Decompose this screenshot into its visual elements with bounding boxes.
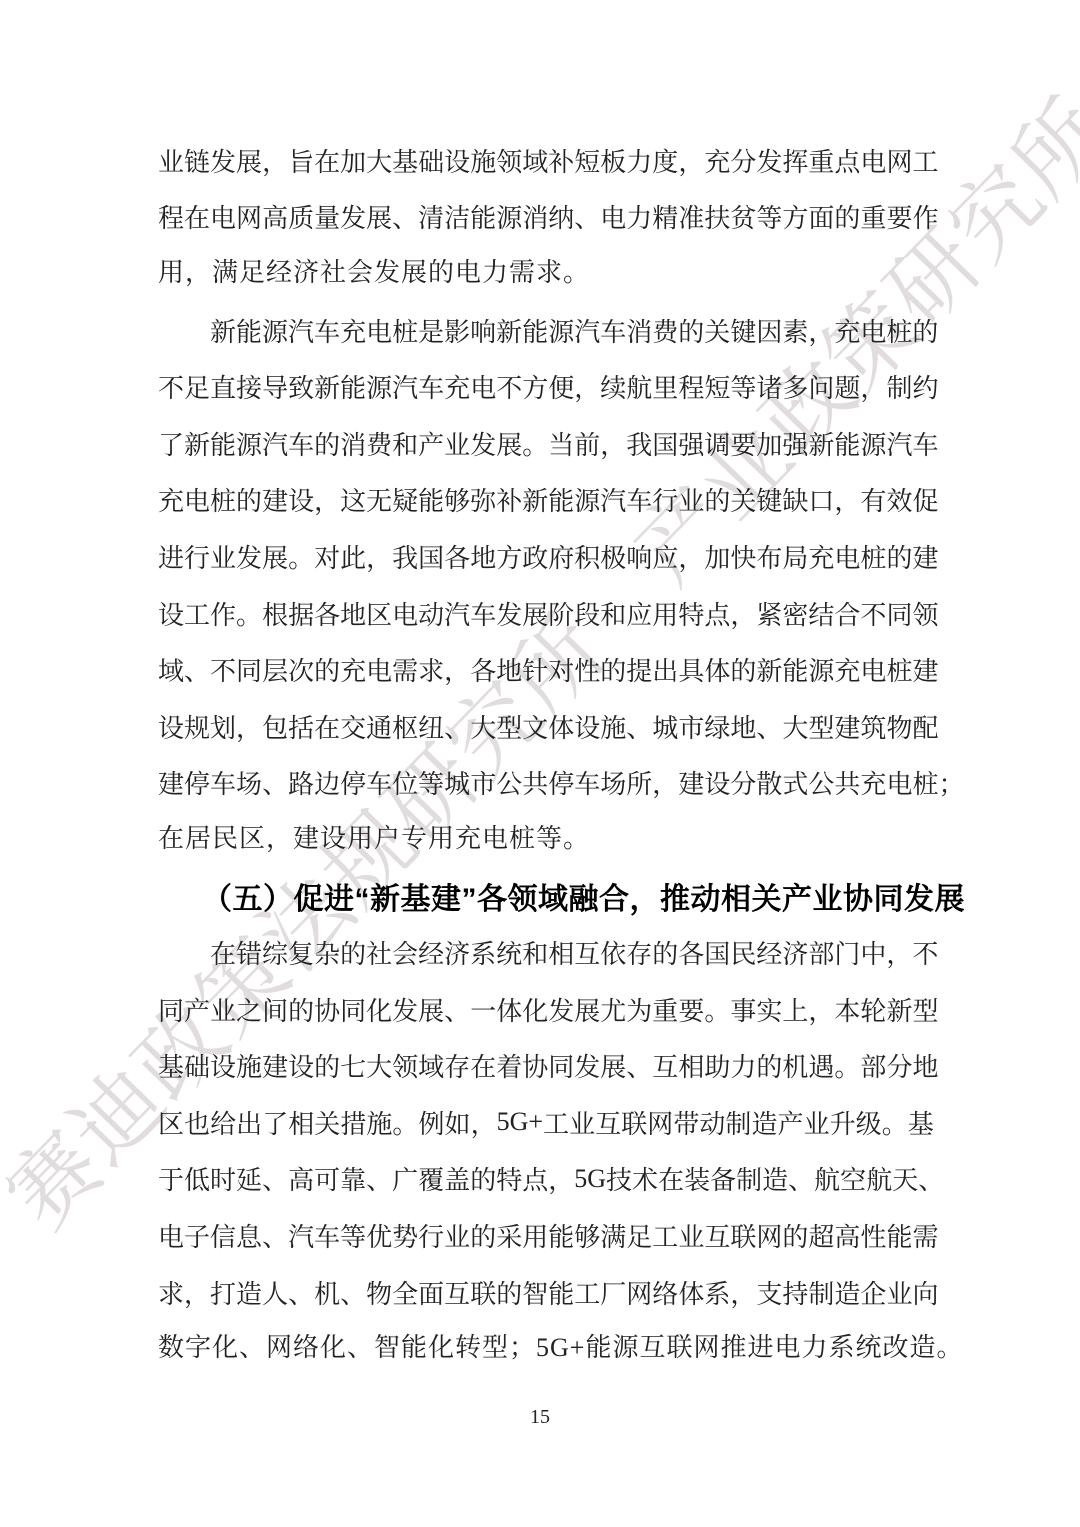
- page-number: 15: [0, 1406, 1080, 1429]
- glyph-token: 本: [834, 991, 860, 1028]
- glyph-token: 相: [548, 934, 574, 971]
- glyph-token: 车: [626, 481, 652, 518]
- text-line: 求，打造人、机、物全面互联的智能工厂网络体系，支持制造企业向: [158, 1264, 934, 1321]
- glyph-token: 同: [158, 991, 184, 1028]
- glyph-token: 次: [288, 651, 314, 688]
- glyph-token: 建: [262, 1047, 288, 1084]
- glyph-token: 效: [886, 481, 912, 518]
- glyph-token: 的: [470, 1160, 496, 1197]
- glyph-token: 层: [262, 651, 288, 688]
- glyph-token: 业: [678, 481, 704, 518]
- glyph-token: 联: [621, 1104, 647, 1141]
- glyph-token: 充: [158, 481, 184, 518]
- glyph-token: 业: [804, 1104, 830, 1141]
- glyph-token: 大: [782, 708, 808, 745]
- glyph-token: 能: [340, 368, 366, 405]
- text-line: 用，满足经济社会发展的电力需求。: [158, 245, 934, 302]
- glyph-token: 要: [730, 425, 756, 462]
- glyph-token: 能: [210, 425, 236, 462]
- glyph-token: 程: [158, 198, 184, 235]
- glyph-token: 低: [184, 1160, 210, 1197]
- glyph-token: 基: [158, 1047, 184, 1084]
- glyph-token: 补: [548, 142, 574, 179]
- text-line: 进行业发展。对此，我国各地方政府积极响应，加快布局充电桩的建: [158, 528, 934, 585]
- text-line: 电子信息、汽车等优势行业的采用能够满足工业互联网的超高性能需: [158, 1207, 934, 1264]
- glyph-token: 费: [652, 312, 678, 349]
- text-line: 在错综复杂的社会经济系统和相互依存的各国民经济部门中，不: [158, 924, 934, 981]
- glyph-token: ，: [314, 481, 340, 518]
- glyph-token: 调: [704, 425, 730, 462]
- glyph-token: ，: [886, 934, 912, 971]
- glyph-token: ，: [184, 1274, 210, 1311]
- glyph-token: 施: [236, 1047, 262, 1084]
- glyph-token: 电: [158, 1217, 184, 1254]
- glyph-token: 设: [444, 142, 470, 179]
- glyph-token: 进: [158, 538, 184, 575]
- glyph-token: 。: [392, 1104, 418, 1141]
- glyph-token: 济: [444, 934, 470, 971]
- glyph-token: 键: [730, 312, 756, 349]
- glyph-token: ，: [730, 1274, 756, 1311]
- glyph-token: ，: [678, 538, 704, 575]
- glyph-token: 我: [626, 425, 652, 462]
- glyph-token: 纽: [418, 708, 444, 745]
- glyph-token: 求: [158, 1274, 184, 1311]
- glyph-token: 展: [262, 538, 288, 575]
- glyph-token: 桩: [886, 312, 912, 349]
- glyph-token: 结: [808, 595, 834, 632]
- glyph-token: 题: [834, 368, 860, 405]
- glyph-token: 造: [751, 1104, 777, 1141]
- glyph-token: 挥: [782, 142, 808, 179]
- glyph-token: 、: [392, 198, 418, 235]
- glyph-token: 施: [470, 142, 496, 179]
- glyph-token: 带: [673, 1104, 699, 1141]
- glyph-token: ，: [652, 764, 678, 801]
- glyph-token: 。: [522, 425, 548, 462]
- glyph-token: 政: [522, 538, 548, 575]
- glyph-token: 汽: [288, 1217, 314, 1254]
- glyph-token: 响: [470, 312, 496, 349]
- glyph-token: 给: [210, 1104, 236, 1141]
- glyph-token: 在: [314, 142, 340, 179]
- glyph-token: 加: [704, 538, 730, 575]
- text-line: 基础设施建设的七大领域存在着协同发展、互相助力的机遇。部分地: [158, 1038, 934, 1095]
- glyph-token: 问: [808, 368, 834, 405]
- glyph-token: 消: [626, 312, 652, 349]
- glyph-token: 经: [756, 934, 782, 971]
- glyph-token: 存: [626, 934, 652, 971]
- glyph-token: 源: [808, 651, 834, 688]
- glyph-token: 新: [756, 651, 782, 688]
- glyph-token: 为: [626, 991, 652, 1028]
- glyph-token: 用: [652, 595, 678, 632]
- glyph-token: 性: [574, 651, 600, 688]
- glyph-token: 需: [912, 1217, 938, 1254]
- glyph-token: 上: [782, 991, 808, 1028]
- glyph-token: 的: [756, 1047, 782, 1084]
- glyph-token: 型: [496, 708, 522, 745]
- glyph-token: 施: [600, 708, 626, 745]
- text-line: 业链发展，旨在加大基础设施领域补短板力度，充分发挥重点电网工: [158, 132, 934, 189]
- glyph-token: 息: [236, 1217, 262, 1254]
- glyph-token: 方: [496, 538, 522, 575]
- glyph-token: 领: [912, 595, 938, 632]
- glyph-token: 同: [340, 991, 366, 1028]
- glyph-token: 源: [860, 425, 886, 462]
- glyph-token: 业: [210, 538, 236, 575]
- glyph-token: 、: [756, 708, 782, 745]
- glyph-token: 靠: [340, 1160, 366, 1197]
- glyph-token: 门: [834, 934, 860, 971]
- glyph-token: 交: [340, 708, 366, 745]
- glyph-token: 通: [366, 708, 392, 745]
- glyph-token: 量: [314, 198, 340, 235]
- glyph-token: 5G+: [497, 1107, 543, 1137]
- glyph-token: 广: [392, 1160, 418, 1197]
- glyph-token: 动: [699, 1104, 725, 1141]
- glyph-token: 建: [678, 764, 704, 801]
- glyph-token: 等: [730, 368, 756, 405]
- glyph-token: 车: [314, 1217, 340, 1254]
- glyph-token: 如: [445, 1104, 471, 1141]
- glyph-token: 布: [756, 538, 782, 575]
- glyph-token: 汽: [600, 481, 626, 518]
- glyph-token: 大: [366, 1047, 392, 1084]
- glyph-token: 机: [782, 1047, 808, 1084]
- glyph-token: 能: [782, 651, 808, 688]
- glyph-token: 在: [658, 1160, 684, 1197]
- glyph-token: 消: [522, 198, 548, 235]
- glyph-token: 作: [912, 198, 938, 235]
- glyph-token: ，: [808, 312, 834, 349]
- glyph-token: 精: [652, 198, 678, 235]
- glyph-token: 电: [834, 538, 860, 575]
- glyph-token: 打: [210, 1274, 236, 1311]
- glyph-token: 级: [856, 1104, 882, 1141]
- glyph-token: 济: [782, 934, 808, 971]
- glyph-token: 、: [626, 1047, 652, 1084]
- glyph-token: 互: [574, 934, 600, 971]
- glyph-token: 、: [288, 1274, 314, 1311]
- glyph-token: 充: [340, 312, 366, 349]
- glyph-token: 大: [366, 142, 392, 179]
- glyph-token: 分: [730, 764, 756, 801]
- glyph-token: 关: [314, 1104, 340, 1141]
- glyph-token: 响: [626, 538, 652, 575]
- glyph-token: 点: [834, 142, 860, 179]
- glyph-token: ，: [834, 481, 860, 518]
- text-line: 同产业之间的协同化发展、一体化发展尤为重要。事实上，本轮新型: [158, 981, 934, 1038]
- glyph-token: 的: [652, 934, 678, 971]
- glyph-token: 加: [756, 425, 782, 462]
- glyph-token: 遇: [808, 1047, 834, 1084]
- glyph-token: 这: [340, 481, 366, 518]
- glyph-token: 有: [860, 481, 886, 518]
- glyph-token: ，: [860, 368, 886, 405]
- glyph-token: 体: [548, 708, 574, 745]
- glyph-token: 车: [470, 595, 496, 632]
- glyph-token: 综: [262, 934, 288, 971]
- glyph-token: 汽: [288, 312, 314, 349]
- glyph-token: 应: [652, 538, 678, 575]
- glyph-token: 设: [158, 595, 184, 632]
- glyph-token: 子: [184, 1217, 210, 1254]
- glyph-token: 电: [600, 198, 626, 235]
- glyph-token: 特: [496, 1160, 522, 1197]
- glyph-token: 、: [184, 651, 210, 688]
- glyph-token: 各: [314, 595, 340, 632]
- glyph-token: 共: [522, 764, 548, 801]
- glyph-token: 各: [678, 934, 704, 971]
- glyph-token: 所: [626, 764, 652, 801]
- glyph-token: 和: [522, 934, 548, 971]
- glyph-token: 桩: [886, 651, 912, 688]
- glyph-token: 业: [444, 1217, 470, 1254]
- glyph-token: 强: [782, 425, 808, 462]
- glyph-token: 停: [548, 764, 574, 801]
- glyph-token: 需: [392, 651, 418, 688]
- glyph-token: 要: [678, 991, 704, 1028]
- glyph-token: 对: [548, 651, 574, 688]
- glyph-token: 区: [158, 1104, 184, 1141]
- glyph-token: 存: [444, 1047, 470, 1084]
- glyph-token: 了: [158, 425, 184, 462]
- glyph-token: 网: [756, 1217, 782, 1254]
- glyph-token: 当: [548, 425, 574, 462]
- glyph-token: 车: [210, 764, 236, 801]
- glyph-token: 重: [860, 198, 886, 235]
- glyph-token: 板: [600, 142, 626, 179]
- glyph-token: 不: [912, 934, 938, 971]
- glyph-token: 汽: [444, 595, 470, 632]
- glyph-token: 着: [496, 1047, 522, 1084]
- glyph-token: 准: [678, 198, 704, 235]
- glyph-token: 划: [210, 708, 236, 745]
- glyph-token: 的: [704, 481, 730, 518]
- glyph-token: 点: [522, 1160, 548, 1197]
- glyph-token: 扶: [704, 198, 730, 235]
- glyph-token: 、: [262, 1160, 288, 1197]
- glyph-token: 延: [236, 1160, 262, 1197]
- glyph-token: 补: [496, 481, 522, 518]
- glyph-token: 础: [418, 142, 444, 179]
- glyph-token: 不: [860, 595, 886, 632]
- glyph-token: 例: [418, 1104, 444, 1141]
- glyph-token: 相: [288, 1104, 314, 1141]
- glyph-token: 在: [210, 934, 236, 971]
- glyph-token: 能: [236, 312, 262, 349]
- glyph-token: 企: [860, 1274, 886, 1311]
- glyph-token: 设: [288, 481, 314, 518]
- glyph-token: 足: [626, 1217, 652, 1254]
- glyph-token: 统: [496, 934, 522, 971]
- glyph-token: 体: [704, 651, 730, 688]
- glyph-token: 经: [418, 934, 444, 971]
- glyph-token: ，: [444, 651, 470, 688]
- glyph-token: 发: [340, 198, 366, 235]
- glyph-token: 国: [704, 934, 730, 971]
- glyph-token: 的: [600, 651, 626, 688]
- glyph-token: 洁: [444, 198, 470, 235]
- glyph-token: 行: [652, 481, 678, 518]
- glyph-token: 散: [756, 764, 782, 801]
- glyph-token: 清: [418, 198, 444, 235]
- glyph-token: 特: [678, 595, 704, 632]
- glyph-token: 设: [704, 764, 730, 801]
- glyph-token: 文: [522, 708, 548, 745]
- glyph-token: 体: [678, 1274, 704, 1311]
- glyph-token: 高: [288, 1160, 314, 1197]
- glyph-token: 出: [236, 1104, 262, 1141]
- glyph-token: 间: [262, 991, 288, 1028]
- glyph-token: 盖: [444, 1160, 470, 1197]
- glyph-token: 复: [288, 934, 314, 971]
- glyph-token: 会: [392, 934, 418, 971]
- glyph-token: 和: [600, 595, 626, 632]
- glyph-token: 加: [340, 142, 366, 179]
- glyph-token: 约: [912, 368, 938, 405]
- glyph-token: 、: [340, 1274, 366, 1311]
- glyph-token: 网: [626, 1274, 652, 1311]
- glyph-token: 高: [262, 198, 288, 235]
- glyph-token: 足: [184, 368, 210, 405]
- glyph-token: 的: [912, 312, 938, 349]
- glyph-token: 求: [418, 651, 444, 688]
- glyph-token: 极: [600, 538, 626, 575]
- glyph-token: 口: [808, 481, 834, 518]
- glyph-token: 电: [184, 481, 210, 518]
- glyph-token: 发: [210, 142, 236, 179]
- glyph-token: 超: [808, 1217, 834, 1254]
- glyph-token: 短: [574, 142, 600, 179]
- glyph-token: 作: [210, 595, 236, 632]
- glyph-token: 车: [288, 425, 314, 462]
- glyph-token: 能: [418, 481, 444, 518]
- glyph-token: 的: [236, 481, 262, 518]
- glyph-token: 车: [314, 312, 340, 349]
- glyph-token: 里: [652, 368, 678, 405]
- text-line: 不足直接导致新能源汽车充电不方便，续航里程短等诸多问题，制约: [158, 358, 934, 415]
- glyph-token: 导: [262, 368, 288, 405]
- glyph-token: 促: [912, 481, 938, 518]
- document-body: 业链发展，旨在加大基础设施领域补短板力度，充分发挥重点电网工程在电网高质量发展、…: [158, 132, 934, 1377]
- glyph-token: 展: [574, 991, 600, 1028]
- glyph-token: 因: [756, 312, 782, 349]
- glyph-token: 造: [762, 1160, 788, 1197]
- glyph-token: 具: [678, 651, 704, 688]
- glyph-token: 的: [288, 991, 314, 1028]
- glyph-token: 互: [652, 1047, 678, 1084]
- glyph-token: 联: [730, 1217, 756, 1254]
- glyph-token: 、: [788, 1160, 814, 1197]
- glyph-token: 包: [262, 708, 288, 745]
- glyph-token: 地: [470, 538, 496, 575]
- glyph-token: 高: [834, 1217, 860, 1254]
- glyph-token: 致: [288, 368, 314, 405]
- glyph-token: 发: [236, 538, 262, 575]
- glyph-token: 化: [522, 991, 548, 1028]
- glyph-token: 积: [574, 538, 600, 575]
- glyph-token: 场: [236, 764, 262, 801]
- glyph-token: ，: [262, 142, 288, 179]
- glyph-token: 、: [444, 991, 470, 1028]
- glyph-token: 域: [158, 651, 184, 688]
- glyph-token: 源: [236, 425, 262, 462]
- glyph-token: 制: [808, 1274, 834, 1311]
- glyph-token: 够: [574, 1217, 600, 1254]
- glyph-token: 费: [366, 425, 392, 462]
- glyph-token: 等: [756, 198, 782, 235]
- glyph-token: 智: [522, 1274, 548, 1311]
- glyph-token: 在: [314, 708, 340, 745]
- glyph-token: 方: [782, 198, 808, 235]
- glyph-token: 根: [262, 595, 288, 632]
- glyph-token: 展: [418, 991, 444, 1028]
- glyph-token: 素: [782, 312, 808, 349]
- glyph-token: 发: [756, 142, 782, 179]
- glyph-token: 展: [600, 1047, 626, 1084]
- glyph-token: 厂: [600, 1274, 626, 1311]
- glyph-token: 直: [210, 368, 236, 405]
- glyph-token: ；: [938, 764, 964, 801]
- glyph-token: 网: [236, 198, 262, 235]
- glyph-token: 新: [314, 368, 340, 405]
- glyph-token: 边: [314, 764, 340, 801]
- glyph-token: 源: [574, 481, 600, 518]
- glyph-token: ，: [808, 991, 834, 1028]
- glyph-token: 互: [444, 1274, 470, 1311]
- glyph-token: 造: [236, 1274, 262, 1311]
- glyph-token: 前: [574, 425, 600, 462]
- glyph-token: 电: [210, 198, 236, 235]
- glyph-token: 便: [548, 368, 574, 405]
- glyph-token: 贫: [730, 198, 756, 235]
- glyph-token: 疑: [392, 481, 418, 518]
- text-line: 了新能源汽车的消费和产业发展。当前，我国强调要加强新能源汽车: [158, 415, 934, 472]
- glyph-token: 设: [158, 708, 184, 745]
- glyph-token: 造: [834, 1274, 860, 1311]
- glyph-token: 段: [574, 595, 600, 632]
- glyph-token: 的: [886, 538, 912, 575]
- glyph-token: 业: [569, 1104, 595, 1141]
- glyph-token: 物: [366, 1274, 392, 1311]
- glyph-token: 势: [392, 1217, 418, 1254]
- glyph-token: 关: [730, 481, 756, 518]
- glyph-token: 能: [548, 1217, 574, 1254]
- glyph-token: 发: [496, 595, 522, 632]
- glyph-token: 新: [184, 425, 210, 462]
- glyph-token: 缺: [782, 481, 808, 518]
- text-line: 于低时延、高可靠、广覆盖的特点，5G 技术在装备制造、航空航天、: [158, 1151, 934, 1208]
- glyph-token: 够: [444, 481, 470, 518]
- glyph-token: 建: [262, 481, 288, 518]
- glyph-token: ，: [548, 1160, 574, 1197]
- glyph-token: 多: [782, 368, 808, 405]
- glyph-token: 新: [496, 312, 522, 349]
- glyph-token: 协: [314, 991, 340, 1028]
- glyph-token: 力: [730, 1047, 756, 1084]
- glyph-token: 式: [782, 764, 808, 801]
- glyph-token: 的: [314, 425, 340, 462]
- glyph-token: 枢: [392, 708, 418, 745]
- glyph-token: 互: [704, 1217, 730, 1254]
- glyph-token: 协: [522, 1047, 548, 1084]
- glyph-token: 业: [158, 142, 184, 179]
- glyph-token: 能: [548, 481, 574, 518]
- glyph-token: 密: [782, 595, 808, 632]
- glyph-token: 新: [210, 312, 236, 349]
